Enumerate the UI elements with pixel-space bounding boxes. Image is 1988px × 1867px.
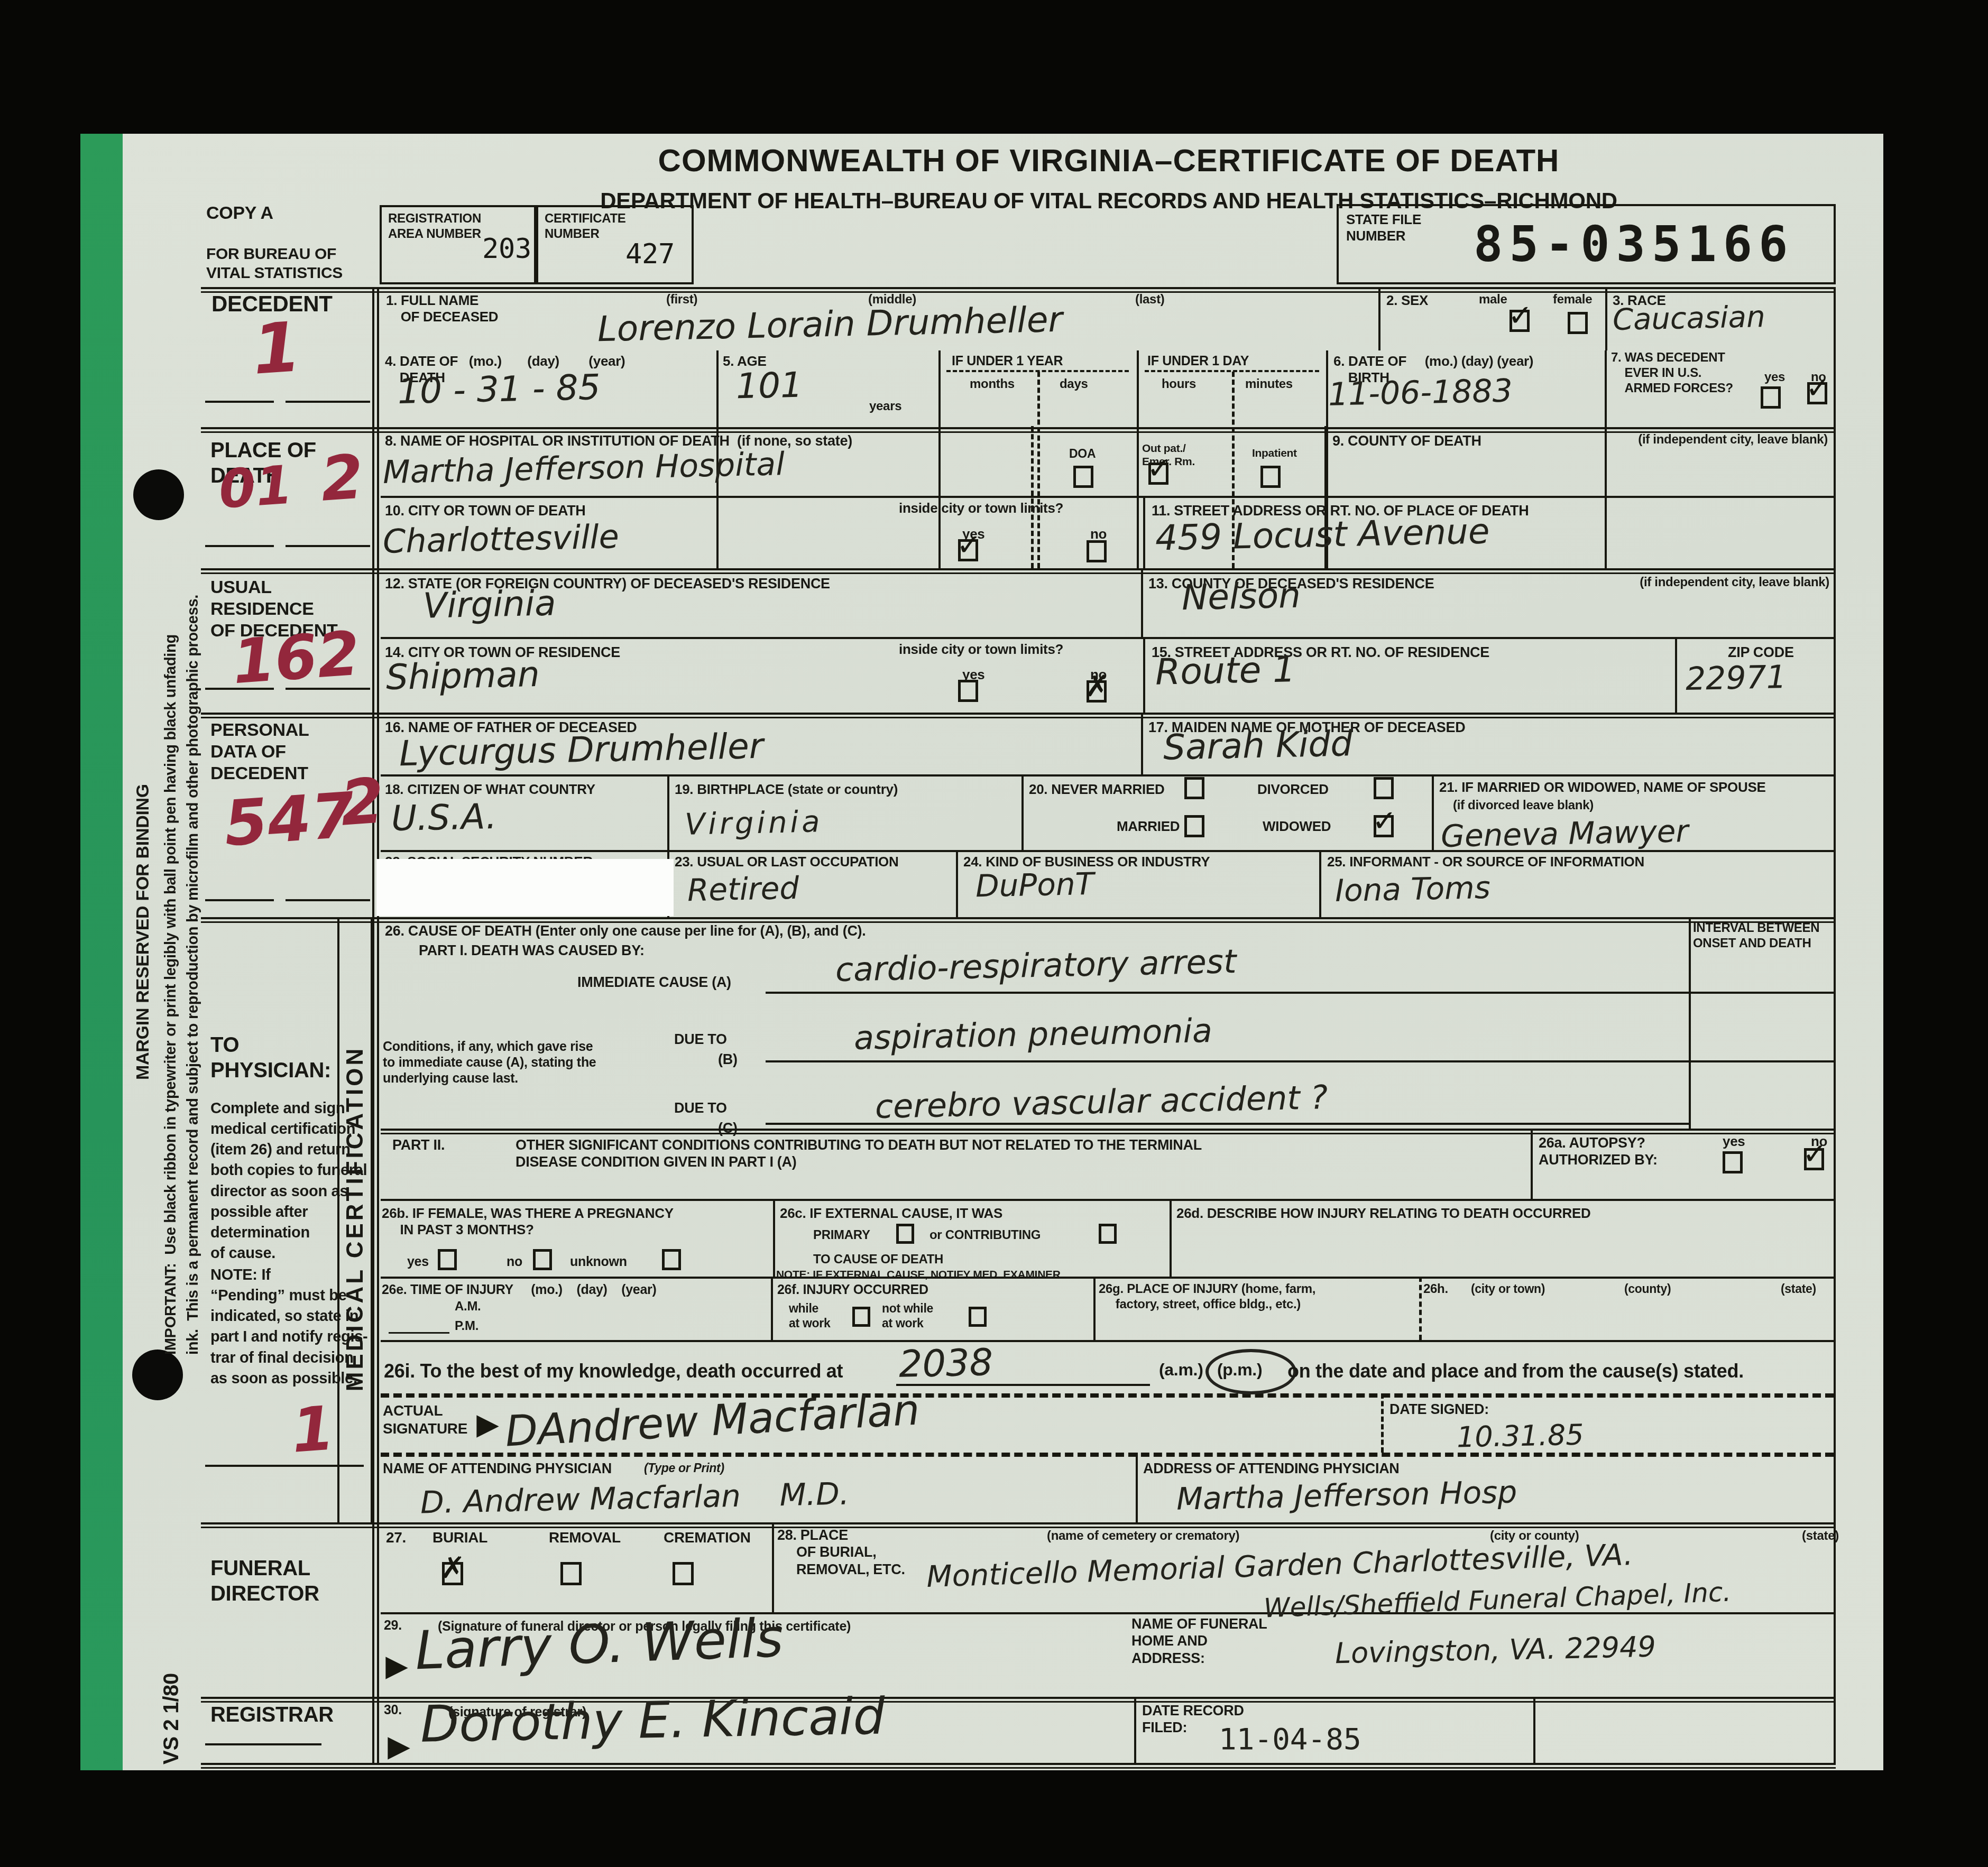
cause-c-value: cerebro vascular accident ? [875,1078,1328,1126]
field-5-value: 101 [735,365,803,407]
autopsy-no-checkbox: ✓ [1804,1148,1824,1170]
field-21-hint: (if divorced leave blank) [1453,798,1594,814]
line [205,899,274,901]
death-limits-no-checkbox [1087,540,1107,562]
divider [1531,1129,1533,1199]
field-30-label: 30. [384,1702,402,1718]
field-10-value: Charlottesville [382,517,619,560]
dashed-divider [1037,372,1040,568]
armed-forces-no-checkmark: ✓ [1806,371,1830,405]
residence-limits-no-mark: ✗ [1085,669,1110,704]
place-code-1: 01 [217,454,294,520]
field-20-divorced-label: DIVORCED [1257,781,1329,798]
under-1-year-label: IF UNDER 1 YEAR [952,353,1063,369]
immediate-cause-label: IMMEDIATE CAUSE (A) [577,974,731,991]
state-file-box: STATE FILE NUMBER 85-035166 [1337,204,1836,284]
field-9-label: 9. COUNTY OF DEATH [1332,432,1481,449]
medical-certification-label: MEDICAL CERTIFICATION [342,919,370,1519]
doa-checkbox [1073,466,1093,488]
field-19-value: Virginia [684,805,823,842]
field-15-value: Route 1 [1155,649,1296,694]
field-27-label: 27. [386,1529,406,1547]
interval-label: INTERVAL BETWEEN ONSET AND DEATH [1693,921,1819,951]
divider [773,1199,775,1277]
decedent-code: 1 [250,307,303,390]
divider [1136,1453,1138,1522]
form-number: VS 2 1/80 [159,1590,184,1764]
line [381,1129,1834,1134]
field-19-label: 19. BIRTHPLACE (state or country) [675,781,898,798]
personal-code-2: 2 [338,764,386,839]
field-1-first: (first) [666,292,697,308]
signature-arrow-icon: ▶ [477,1409,498,1440]
dashed-line [381,1453,1834,1457]
section-registrar: REGISTRAR [210,1702,334,1727]
field-26e-am: A.M. [455,1299,481,1315]
field-26h-state: (state) [1781,1282,1816,1297]
widowed-checkmark: ✓ [1372,804,1397,838]
field-7-yes-label: yes [1764,370,1785,385]
armed-forces-no-checkbox: ✓ [1807,382,1827,404]
field-6-value: 11-06-1883 [1328,372,1513,413]
due-to-b-label: DUE TO [674,1031,727,1048]
line [201,1522,1836,1528]
never-married-checkbox [1184,777,1204,799]
date-signed-value: 10.31.85 [1456,1418,1584,1454]
divider [1533,1697,1535,1763]
field-26c-note: NOTE: IF EXTERNAL CAUSE, NOTIFY MED. EXA… [776,1268,1061,1281]
registrar-signature-arrow-icon: ▶ [388,1731,409,1762]
field-2-label: 2. SEX [1386,292,1428,309]
cause-a-value: cardio-respiratory arrest [835,942,1237,989]
part-2-label: PART II. [392,1136,445,1153]
field-20-widowed-label: WIDOWED [1263,818,1331,835]
divider [1170,1199,1172,1277]
place-code-2: 2 [318,441,365,515]
outpatient-checkmark: ✓ [1147,451,1172,486]
field-28-cemetery-hint: (name of cemetery or crematory) [1047,1529,1239,1544]
field-23-value: Retired [687,870,799,908]
line [205,401,274,403]
physician-code: 1 [289,1393,336,1466]
funeral-home-address: Lovingston, VA. 22949 [1334,1630,1656,1670]
physician-address-value: Martha Jefferson Hosp [1176,1474,1517,1517]
divider [1675,637,1677,713]
divider [956,850,958,917]
death-limits-yes-checkmark: ✓ [956,528,981,562]
while-at-work-checkbox [852,1307,870,1327]
field-25-label: 25. INFORMANT - OR SOURCE OF INFORMATION [1327,854,1644,870]
field-26c-label: 26c. IF EXTERNAL CAUSE, IT WAS [780,1205,1002,1222]
field-17-value: Sarah Kidd [1163,723,1353,768]
field-26f-label: 26f. INJURY OCCURRED [777,1282,928,1298]
field-23-label: 23. USUAL OR LAST OCCUPATION [675,854,899,870]
interval-divider [1689,917,1691,1129]
male-checkmark: ✓ [1508,299,1533,333]
field-2-male-label: male [1479,292,1507,308]
line [205,688,274,690]
physician-name-value: D. Andrew Macfarlan M.D. [420,1476,849,1521]
field-26f-notwhile-label: not while at work [882,1301,933,1330]
binding-stripe [80,134,123,1770]
field-3-value: Caucasian [1612,300,1765,337]
field-26-label: 26. CAUSE OF DEATH (Enter only one cause… [385,922,866,939]
cremation-label: CREMATION [664,1529,751,1547]
residence-limits-no-checkbox: ✗ [1087,680,1107,703]
married-checkbox [1184,815,1204,837]
field-1-label: 1. FULL NAME OF DECEASED [386,292,498,325]
field-1-last: (last) [1135,292,1165,308]
divider [1605,287,1607,350]
b-label: (B) [718,1051,738,1068]
line [205,1743,321,1745]
autopsy-no-checkmark: ✓ [1802,1137,1827,1171]
divider [1605,350,1607,568]
field-26i-time: 2038 [898,1341,993,1386]
autopsy-yes-checkbox [1723,1151,1743,1173]
divider [667,774,669,850]
line [205,1465,364,1467]
field-26b-label: 26b. IF FEMALE, WAS THERE A PREGNANCY IN… [382,1205,674,1238]
pm-circle [1205,1349,1296,1394]
male-checkbox: ✓ [1510,310,1530,332]
certificate-number-value: 427 [625,238,675,271]
dashed-divider [1381,1393,1384,1453]
divider [1378,287,1380,350]
field-26i-am: (a.m.) [1159,1360,1203,1380]
divorced-checkbox [1374,777,1394,799]
under-1-year-days: days [1060,377,1088,392]
field-26i-suffix: on the date and place and from the cause… [1287,1360,1744,1382]
residence-code: 162 [231,618,362,698]
field-26a-yes-label: yes [1723,1133,1745,1150]
physician-address-label: ADDRESS OF ATTENDING PHYSICIAN [1143,1460,1400,1477]
field-26b-no-label: no [507,1254,522,1270]
line [286,545,370,547]
field-14-limits-label: inside city or town limits? [899,641,1063,658]
field-13-value: Nelson [1181,575,1301,618]
registration-area-box: REGISTRATION AREA NUMBER 203 [380,205,536,284]
field-10-limits-label: inside city or town limits? [899,500,1063,516]
field-18-label: 18. CITIZEN OF WHAT COUNTRY [385,781,595,798]
pregnancy-no-checkbox [533,1249,552,1270]
ssn-redaction [376,859,674,916]
burial-checkbox: ✗ [442,1562,463,1585]
field-29-label: 29. [384,1618,402,1633]
female-checkbox [1568,312,1588,334]
field-4-value: 10 - 31 - 85 [397,367,601,412]
cause-b-value: aspiration pneumonia [853,1011,1212,1057]
registration-area-value: 203 [482,233,531,265]
field-18-value: U.S.A. [391,796,497,839]
pm-line [389,1332,449,1334]
part-2-text: OTHER SIGNIFICANT CONDITIONS CONTRIBUTIN… [516,1136,1202,1171]
field-21-label: 21. IF MARRIED OR WIDOWED, NAME OF SPOUS… [1439,779,1766,796]
certificate-number-label: CERTIFICATE NUMBER [545,211,626,242]
widowed-checkbox: ✓ [1374,815,1394,837]
sidebar-divider [372,287,379,1764]
registration-area-label: REGISTRATION AREA NUMBER [388,211,481,242]
line [286,688,370,690]
divider [1432,774,1434,850]
divider [1137,350,1139,568]
section-funeral-director: FUNERAL DIRECTOR [210,1556,319,1606]
under-1-year-months: months [970,377,1015,392]
field-26h-label: 26h. [1423,1282,1448,1297]
cremation-checkbox [673,1562,694,1585]
field-8-value: Martha Jefferson Hospital [382,446,785,491]
field-10-label: 10. CITY OR TOWN OF DEATH [385,502,586,519]
section-to-physician: TO PHYSICIAN: [210,1032,331,1083]
bureau-label: FOR BUREAU OF VITAL STATISTICS [206,245,343,283]
medcert-strip-right [371,917,373,1522]
divider [772,1522,774,1612]
state-file-value: 85-035166 [1474,216,1794,274]
registrar-signature: Dorothy E. Kincaid [420,1687,886,1753]
divider [1143,496,1145,568]
field-26c-contributing-label: or CONTRIBUTING [929,1228,1041,1243]
field-13-hint: (if independent city, leave blank) [1581,575,1829,590]
field-26a-label: 26a. AUTOPSY? AUTHORIZED BY: [1539,1134,1658,1169]
field-20-married-label: MARRIED [1117,818,1180,835]
removal-label: REMOVAL [549,1529,621,1547]
line [201,1763,1836,1769]
zip-value: 22971 [1685,659,1787,698]
funeral-signature-arrow-icon: ▶ [386,1650,407,1682]
pregnancy-yes-checkbox [438,1249,457,1270]
scanned-death-certificate: MARGIN RESERVED FOR BINDING IMPORTANT: U… [0,0,1988,1867]
under-1-day-label: IF UNDER 1 DAY [1147,353,1249,369]
field-16-value: Lycurgus Drumheller [399,726,763,774]
field-26g-label: 26g. PLACE OF INJURY (home, farm, factor… [1099,1282,1315,1313]
divider [1141,568,1143,637]
due-to-c-label: DUE TO [674,1099,727,1116]
actual-signature-label: ACTUAL SIGNATURE [383,1402,467,1437]
conditions-note: Conditions, if any, which gave rise to i… [383,1039,596,1086]
copy-label: COPY A [206,202,273,224]
cause-b-line [766,1060,1834,1062]
state-file-label: STATE FILE NUMBER [1346,211,1421,244]
field-26b-yes-label: yes [407,1254,429,1270]
under-1-day-minutes: minutes [1245,377,1293,392]
funeral-home-label: NAME OF FUNERAL HOME AND ADDRESS: [1131,1615,1267,1667]
field-26h-city: (city or town) [1471,1282,1545,1297]
contributing-checkbox [1099,1224,1117,1244]
field-21-value: Geneva Mawyer [1440,813,1689,854]
certificate-title: COMMONWEALTH OF VIRGINIA–CERTIFICATE OF … [382,142,1836,180]
field-14-value: Shipman [385,654,540,698]
field-26c-tocause-label: TO CAUSE OF DEATH [813,1252,943,1268]
field-26b-unknown-label: unknown [570,1254,627,1270]
field-28-label: 28. PLACE OF BURIAL, REMOVAL, ETC. [777,1527,905,1578]
outpatient-checkbox: ✓ [1148,463,1168,485]
death-limits-yes-checkbox: ✓ [958,539,978,561]
inpatient-checkbox [1260,466,1281,488]
date-filed-value: 11-04-85 [1219,1722,1361,1757]
section-personal-data: PERSONAL DATA OF DECEDENT [210,719,309,784]
margin-important-text: IMPORTANT: Use black ribbon in typewrite… [160,255,204,1355]
field-26i-prefix: 26i. To the best of my knowledge, death … [384,1360,843,1382]
burial-checkmark: ✗ [440,1551,465,1585]
field-26d-label: 26d. DESCRIBE HOW INJURY RELATING TO DEA… [1176,1205,1591,1222]
field-2-female-label: female [1553,292,1592,308]
dashed-divider [1031,426,1034,568]
field-28-state-hint: (state) [1802,1529,1839,1544]
divider [938,350,941,568]
field-7-label: 7. WAS DECEDENT EVER IN U.S. ARMED FORCE… [1611,350,1733,396]
field-5-years-label: years [869,399,901,414]
divider [1319,850,1321,917]
field-26e-label: 26e. TIME OF INJURY (mo.) (day) (year) [382,1282,657,1298]
medcert-strip-left [337,917,339,1522]
field-26h-county: (county) [1624,1282,1671,1297]
physician-name-label: NAME OF ATTENDING PHYSICIAN [383,1460,612,1477]
funeral-director-signature: Larry O. Wells [414,1607,784,1681]
date-signed-label: DATE SIGNED: [1389,1401,1489,1418]
line [286,899,370,901]
line [381,637,1834,639]
certificate-paper: MARGIN RESERVED FOR BINDING IMPORTANT: U… [80,134,1883,1770]
divider [771,1277,773,1340]
part-1-label: PART I. DEATH WAS CAUSED BY: [419,942,645,959]
line [201,568,1836,574]
field-12-value: Virginia [422,583,556,626]
dashed-divider [1419,1277,1422,1340]
line [381,774,1834,777]
inpatient-label: Inpatient [1252,447,1297,460]
field-20-never-label: 20. NEVER MARRIED [1029,781,1164,798]
cause-a-line [766,992,1834,994]
line [381,1340,1834,1342]
line [205,545,274,547]
divider [1093,1277,1096,1340]
personal-code-1: 547 [222,779,356,861]
divider [1141,713,1143,774]
certificate-number-box: CERTIFICATE NUMBER 427 [536,205,694,284]
hole-punch-bottom [132,1350,183,1400]
line [286,401,370,403]
line [381,1199,1834,1201]
primary-checkbox [896,1224,914,1244]
margin-binding-text: MARGIN RESERVED FOR BINDING [132,520,154,1344]
field-25-value: Iona Toms [1334,870,1490,909]
dashed-line [381,1393,1834,1398]
armed-forces-yes-checkbox [1761,386,1781,409]
line [201,713,1836,718]
divider [1143,637,1145,713]
field-9-hint: (if independent city, leave blank) [1577,432,1828,448]
field-26f-while-label: while at work [789,1301,830,1330]
line [381,1277,1834,1279]
divider [1021,774,1024,850]
field-11-value: 459 Locust Avenue [1155,511,1490,558]
residence-limits-yes-checkbox [958,680,978,702]
field-26e-pm: P.M. [455,1319,478,1334]
line [381,496,1834,498]
field-26c-primary-label: PRIMARY [813,1228,870,1243]
physician-type-hint: (Type or Print) [644,1461,724,1476]
field-24-value: DuPonT [975,866,1094,904]
funeral-home-name: Wells/Sheffield Funeral Chapel, Inc. [1263,1577,1732,1624]
c-label: (C) [718,1120,738,1136]
pregnancy-unknown-checkbox [662,1249,681,1270]
doa-label: DOA [1069,447,1096,461]
divider [1134,1697,1136,1763]
not-while-at-work-checkbox [969,1307,987,1327]
burial-label: BURIAL [432,1529,487,1547]
removal-checkbox [560,1562,582,1585]
under-1-day-hours: hours [1162,377,1196,392]
